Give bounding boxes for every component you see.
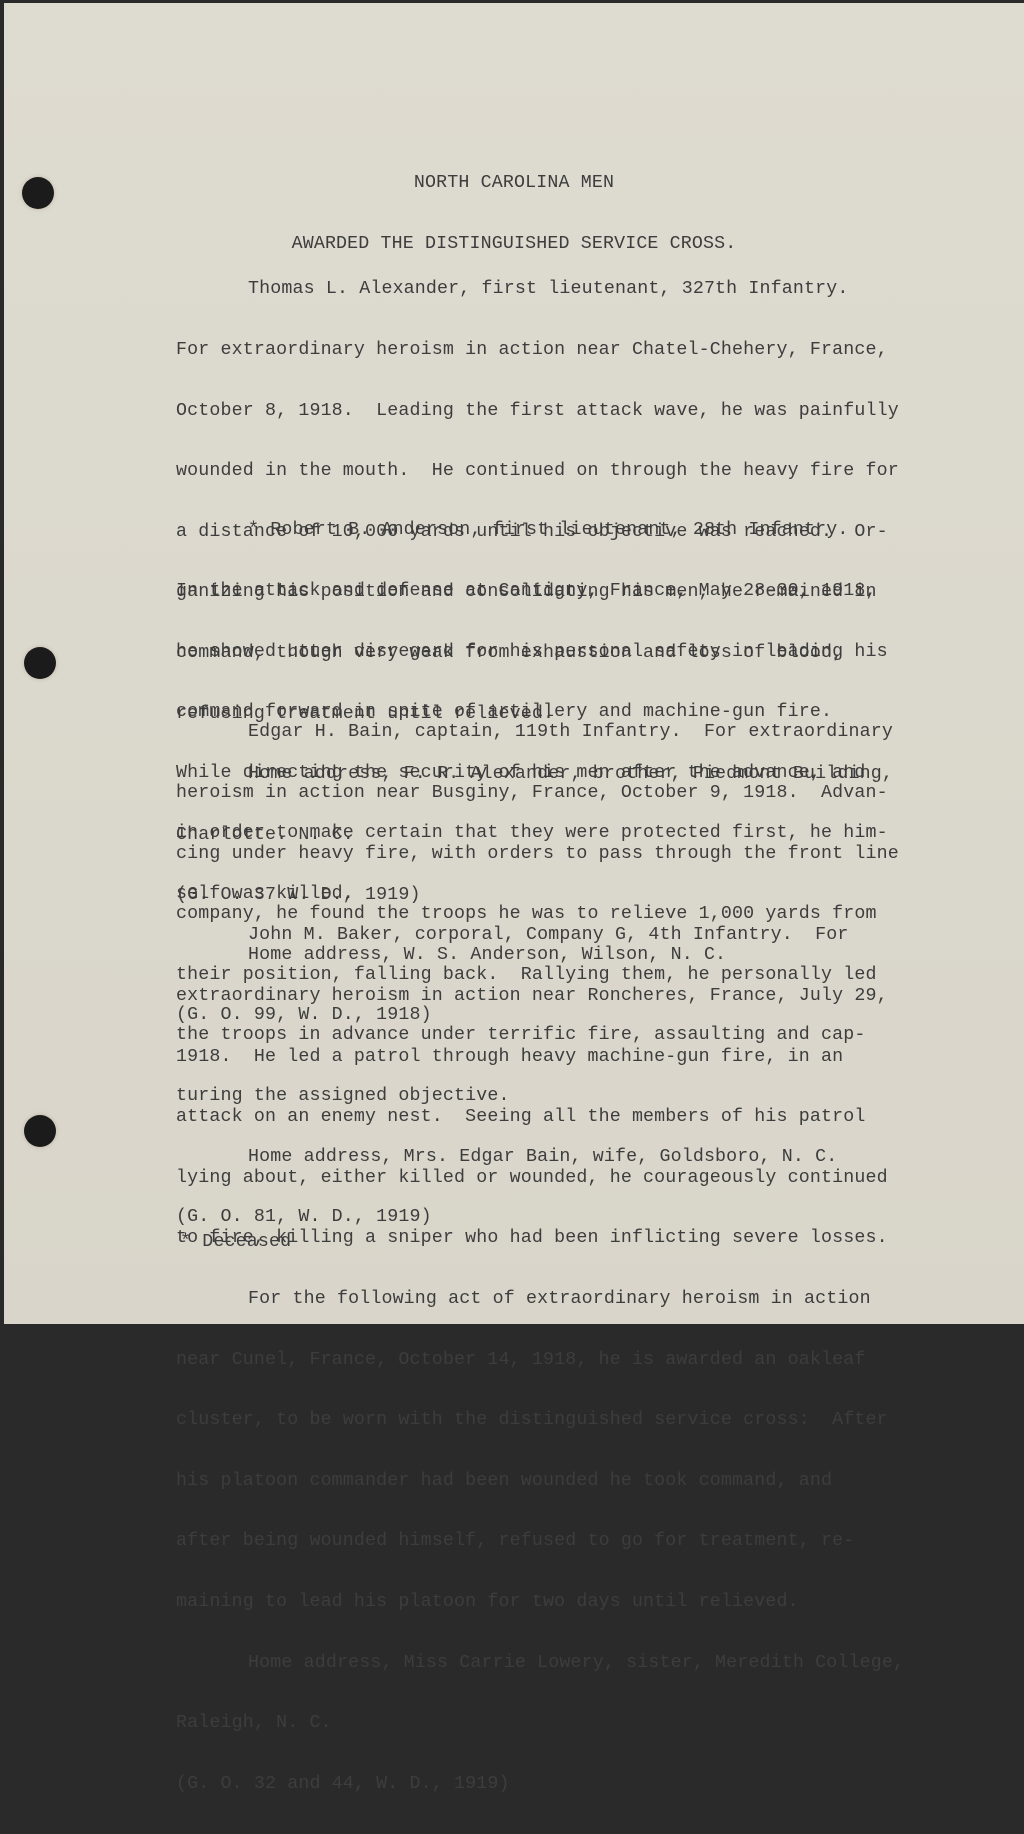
citation-line: In the attack and defense at Cantigny, F… [176,581,888,601]
title-line-1: NORTH CAROLINA MEN [4,173,1024,193]
entry-heading: Edgar H. Bain, captain, 119th Infantry. … [176,722,899,742]
punch-hole-bottom [24,1115,56,1147]
citation-line: extraordinary heroism in action near Ron… [176,986,904,1006]
citation-line: lying about, either killed or wounded, h… [176,1168,904,1188]
citation-line: 1918. He led a patrol through heavy mach… [176,1047,904,1067]
punch-hole-middle [24,647,56,679]
entry-heading: Thomas L. Alexander, first lieutenant, 3… [176,279,899,299]
citation-line: For extraordinary heroism in action near… [176,340,899,360]
document-page: NORTH CAROLINA MEN AWARDED THE DISTINGUI… [4,3,1024,1324]
citation-line: he showed utter disregard for his person… [176,642,888,662]
footnote-deceased: * Deceased [180,1232,291,1252]
citation-line: wounded in the mouth. He continued on th… [176,461,899,481]
citation-line: heroism in action near Busginy, France, … [176,783,899,803]
entry-heading: John M. Baker, corporal, Company G, 4th … [176,925,904,945]
citation-line: attack on an enemy nest. Seeing all the … [176,1107,904,1127]
entry-baker: John M. Baker, corporal, Company G, 4th … [176,885,904,1324]
oakleaf-citation-heading: For the following act of extraordinary h… [176,1289,904,1309]
entry-heading: * Robert B. Anderson, first lieutenant, … [176,520,888,540]
citation-line: cing under heavy fire, with orders to pa… [176,844,899,864]
citation-line: October 8, 1918. Leading the first attac… [176,401,899,421]
